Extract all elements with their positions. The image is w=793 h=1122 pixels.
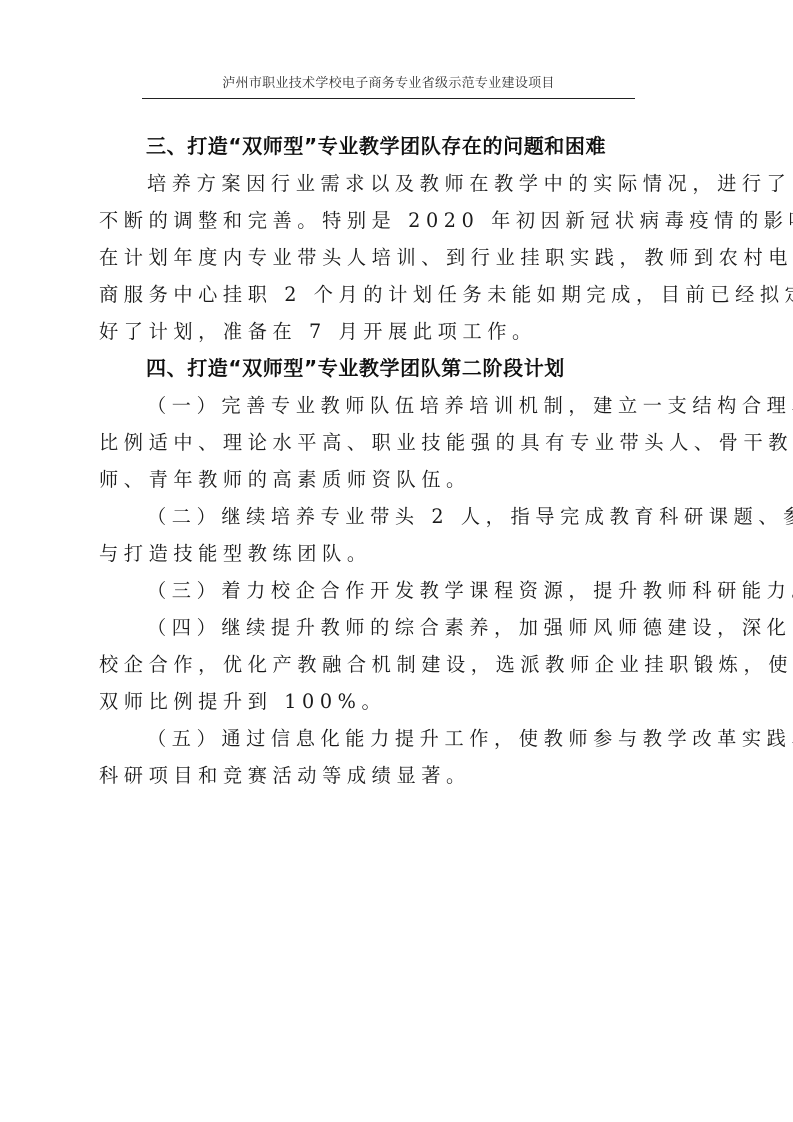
paragraph-line: （二）继续培养专业带头 2 人，指导完成教育科研课题、参 [99, 498, 701, 535]
plan-item-3: （三）着力校企合作开发教学课程资源，提升教师科研能力。 [99, 572, 701, 609]
page-header: 泸州市职业技术学校电子商务专业省级示范专业建设项目 [142, 72, 635, 99]
plan-item-2: （二）继续培养专业带头 2 人，指导完成教育科研课题、参 与打造技能型教练团队。 [99, 498, 701, 572]
paragraph-line: 商服务中心挂职 2 个月的计划任务未能如期完成，目前已经拟定 [99, 276, 701, 313]
paragraph-line: 培养方案因行业需求以及教师在教学中的实际情况，进行了 [99, 165, 701, 202]
paragraph-line: 校企合作，优化产教融合机制建设，选派教师企业挂职锻炼，使 [99, 646, 701, 683]
paragraph-line: 科研项目和竞赛活动等成绩显著。 [99, 757, 701, 794]
paragraph-line: 不断的调整和完善。特别是 2020 年初因新冠状病毒疫情的影响， [99, 202, 701, 239]
plan-item-1: （一）完善专业教师队伍培养培训机制，建立一支结构合理、 比例适中、理论水平高、职… [99, 387, 701, 498]
paragraph-line: （四）继续提升教师的综合素养，加强师风师德建设，深化 [99, 609, 701, 646]
paragraph-problems: 培养方案因行业需求以及教师在教学中的实际情况，进行了 不断的调整和完善。特别是 … [99, 165, 701, 350]
paragraph-line: （三）着力校企合作开发教学课程资源，提升教师科研能力。 [99, 572, 701, 609]
paragraph-line: 在计划年度内专业带头人培训、到行业挂职实践，教师到农村电 [99, 239, 701, 276]
paragraph-line: （一）完善专业教师队伍培养培训机制，建立一支结构合理、 [99, 387, 701, 424]
paragraph-line: （五）通过信息化能力提升工作，使教师参与教学改革实践、 [99, 720, 701, 757]
page-header-title: 泸州市职业技术学校电子商务专业省级示范专业建设项目 [222, 76, 555, 91]
paragraph-line: 比例适中、理论水平高、职业技能强的具有专业带头人、骨干教 [99, 424, 701, 461]
paragraph-line: 与打造技能型教练团队。 [99, 535, 701, 572]
section-heading-second-stage-plan: 四、打造“双师型”专业教学团队第二阶段计划 [99, 350, 701, 387]
paragraph-line: 师、青年教师的高素质师资队伍。 [99, 461, 701, 498]
paragraph-line: 双师比例提升到 100%。 [99, 683, 701, 720]
paragraph-line: 好了计划，准备在 7 月开展此项工作。 [99, 313, 701, 350]
document-body: 三、打造“双师型”专业教学团队存在的问题和困难 培养方案因行业需求以及教师在教学… [99, 128, 701, 794]
plan-item-4: （四）继续提升教师的综合素养，加强师风师德建设，深化 校企合作，优化产教融合机制… [99, 609, 701, 720]
section-heading-problems: 三、打造“双师型”专业教学团队存在的问题和困难 [99, 128, 701, 165]
plan-item-5: （五）通过信息化能力提升工作，使教师参与教学改革实践、 科研项目和竞赛活动等成绩… [99, 720, 701, 794]
